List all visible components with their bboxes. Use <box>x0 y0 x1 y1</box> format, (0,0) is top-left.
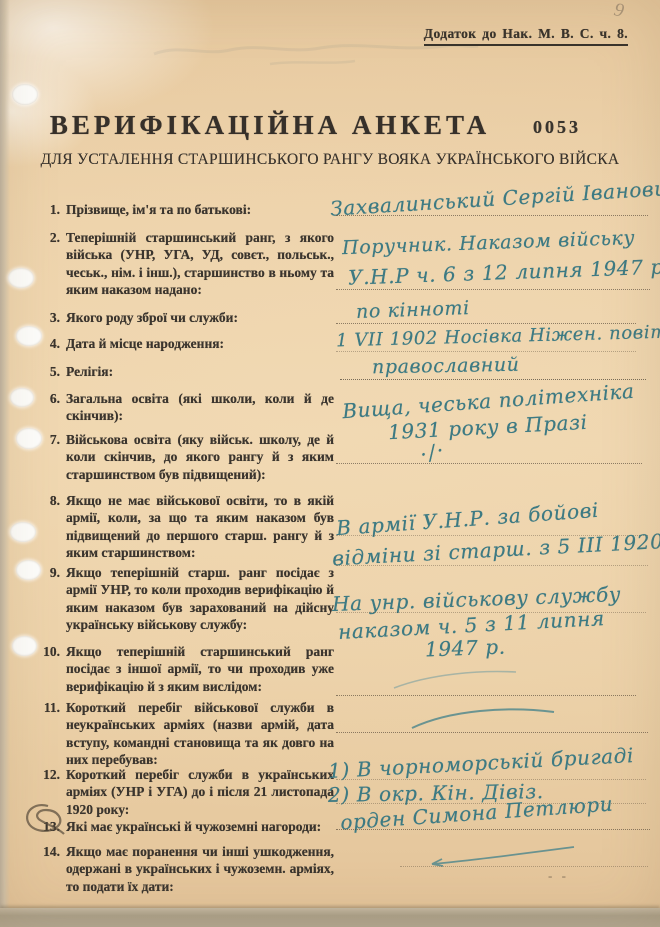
question-label: Прізвище, ім'я та по батькові: <box>66 201 334 218</box>
question-14: 14. Якщо має поранення чи інші ушкодженн… <box>34 843 334 895</box>
answer-verification-line3: 1947 р. <box>425 635 506 662</box>
question-2: 2. Теперішній старшинський ранг, з якого… <box>34 229 334 299</box>
scan-bottom-edge <box>0 908 660 927</box>
question-number: 7. <box>34 431 60 483</box>
appendix-note: Додаток до Нак. М. В. С. ч. 8. <box>424 26 628 46</box>
serial-number: 0053 <box>533 117 581 138</box>
question-13: 13. Які має українські й чужоземні нагор… <box>34 818 334 835</box>
question-number: 5. <box>34 363 60 380</box>
question-3: 3. Якого роду зброї чи служби: <box>34 309 334 326</box>
question-number: 4. <box>34 335 60 352</box>
punch-hole <box>12 84 38 105</box>
question-label: Які має українські й чужоземні нагороди: <box>66 818 334 835</box>
question-10: 10. Якщо теперішній старшинський ранг по… <box>34 643 334 695</box>
question-4: 4. Дата й місце народження: <box>34 335 334 352</box>
answer-name: Захвалинський Сергій Іванович <box>330 175 660 220</box>
form-title: ВЕРИФІКАЦІЙНА АНКЕТА <box>0 110 540 141</box>
form-subtitle: ДЛЯ УСТАЛЕННЯ СТАРШИНСЬКОГО РАНГУ ВОЯКА … <box>14 151 646 169</box>
question-label: Загальна освіта (які школи, коли й де ск… <box>66 390 334 425</box>
answer-rank-line2: У.Н.Р ч. 6 з 12 липня 1947 р. <box>348 254 660 289</box>
question-label: Якого роду зброї чи служби: <box>66 309 334 326</box>
question-number: 9. <box>34 564 60 634</box>
question-label: Якщо теперішній старш. ранг посідає з ар… <box>66 564 334 634</box>
pen-stroke-q10 <box>390 666 520 692</box>
question-label: Військова освіта (яку військ. школу, де … <box>66 431 334 483</box>
ink-scribble-blot <box>18 798 66 838</box>
question-label: Якщо не має військової освіти, то в якій… <box>66 492 334 562</box>
question-12: 12. Короткий перебіг служби в українськи… <box>34 766 334 818</box>
answer-branch: по кінноті <box>356 297 470 323</box>
question-5: 5. Релігія: <box>34 363 334 380</box>
question-label: Теперішній старшинський ранг, з якого ві… <box>66 229 334 299</box>
question-label: Якщо теперішній старшинський ранг посіда… <box>66 643 334 695</box>
answer-ukr-service-line1: 1) В чорноморській бригаді <box>328 743 635 783</box>
question-11: 11. Короткий перебіг військової служби в… <box>34 699 334 769</box>
question-label: Якщо має поранення чи інші ушкодження, о… <box>66 843 334 895</box>
punch-hole <box>10 522 36 542</box>
question-number: 1. <box>34 201 60 218</box>
question-number: 3. <box>34 309 60 326</box>
answer-birth: 1 VII 1902 Носівка Ніжен. повіт <box>336 322 660 352</box>
question-number: 11. <box>34 699 60 769</box>
question-number: 6. <box>34 390 60 425</box>
answer-religion: православний <box>372 354 520 379</box>
pencil-dashes: - - <box>548 868 569 884</box>
punch-hole <box>8 268 34 288</box>
pencil-corner-mark: 9 <box>612 0 626 23</box>
question-number: 10. <box>34 643 60 695</box>
question-7: 7. Військова освіта (яку військ. школу, … <box>34 431 334 483</box>
answer-rank-line1: Поручник. Наказом війську <box>342 227 636 259</box>
question-label: Дата й місце народження: <box>66 335 334 352</box>
question-label: Короткий перебіг служби в українських ар… <box>66 766 334 818</box>
question-8: 8. Якщо не має військової освіти, то в я… <box>34 492 334 562</box>
punch-hole <box>10 388 34 407</box>
question-6: 6. Загальна освіта (які школи, коли й де… <box>34 390 334 425</box>
question-9: 9. Якщо теперішній старш. ранг посідає з… <box>34 564 334 634</box>
pen-stroke-q11 <box>408 704 558 732</box>
question-number: 2. <box>34 229 60 299</box>
question-label: Короткий перебіг військової служби в неу… <box>66 699 334 769</box>
scanned-questionnaire-page: 9 Додаток до Нак. М. В. С. ч. 8. ВЕРИФІК… <box>0 0 660 927</box>
pen-stroke-q14 <box>428 843 578 867</box>
question-label: Релігія: <box>66 363 334 380</box>
question-number: 8. <box>34 492 60 562</box>
question-number: 14. <box>34 843 60 895</box>
question-1: 1. Прізвище, ім'я та по батькові: <box>34 201 334 218</box>
